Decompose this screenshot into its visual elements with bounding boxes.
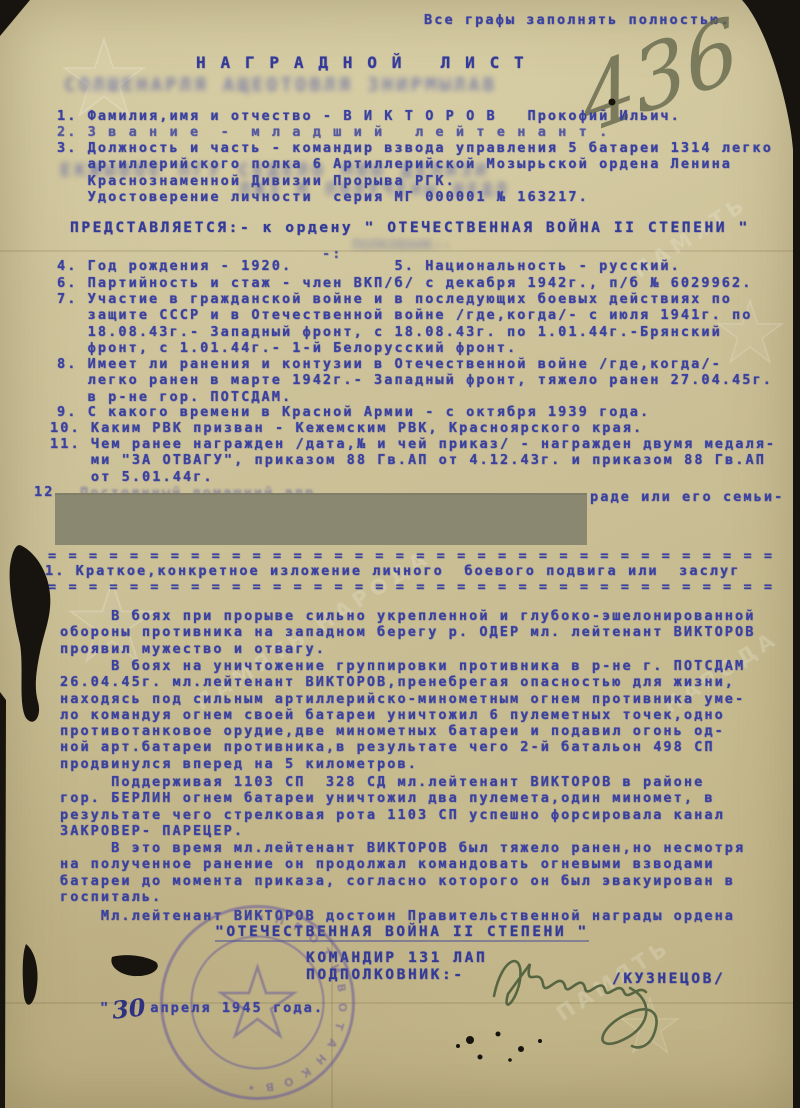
scan-edge-artifacts xyxy=(0,0,800,1108)
award-sheet-document: ПАМЯТЬ НАРОДА ПАМЯТЬ НАРОДА ПАМЯТЬ Все г… xyxy=(0,0,800,1108)
